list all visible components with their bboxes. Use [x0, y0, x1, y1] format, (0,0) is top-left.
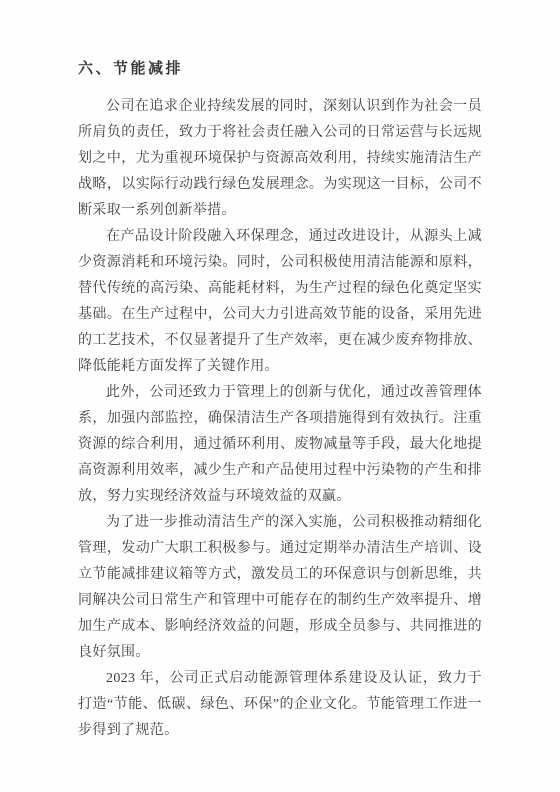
paragraph: 2023 年，公司正式启动能源管理体系建设及认证，致力于打造“节能、低碳、绿色、…	[78, 666, 482, 744]
page-content: 六、节能减排 公司在追求企业持续发展的同时，深刻认识到作为社会一员所肩负的责任，…	[78, 60, 482, 744]
section-heading: 六、节能减排	[78, 60, 482, 78]
document-page: 六、节能减排 公司在追求企业持续发展的同时，深刻认识到作为社会一员所肩负的责任，…	[0, 0, 560, 792]
body-text: 公司在追求企业持续发展的同时，深刻认识到作为社会一员所肩负的责任，致力于将社会责…	[78, 94, 482, 744]
paragraph: 为了进一步推动清洁生产的深入实施，公司积极推动精细化管理，发动广大职工积极参与。…	[78, 510, 482, 666]
paragraph: 此外，公司还致力于管理上的创新与优化，通过改善管理体系，加强内部监控，确保清洁生…	[78, 380, 482, 510]
paragraph: 公司在追求企业持续发展的同时，深刻认识到作为社会一员所肩负的责任，致力于将社会责…	[78, 94, 482, 224]
paragraph: 在产品设计阶段融入环保理念，通过改进设计，从源头上减少资源消耗和环境污染。同时，…	[78, 224, 482, 380]
